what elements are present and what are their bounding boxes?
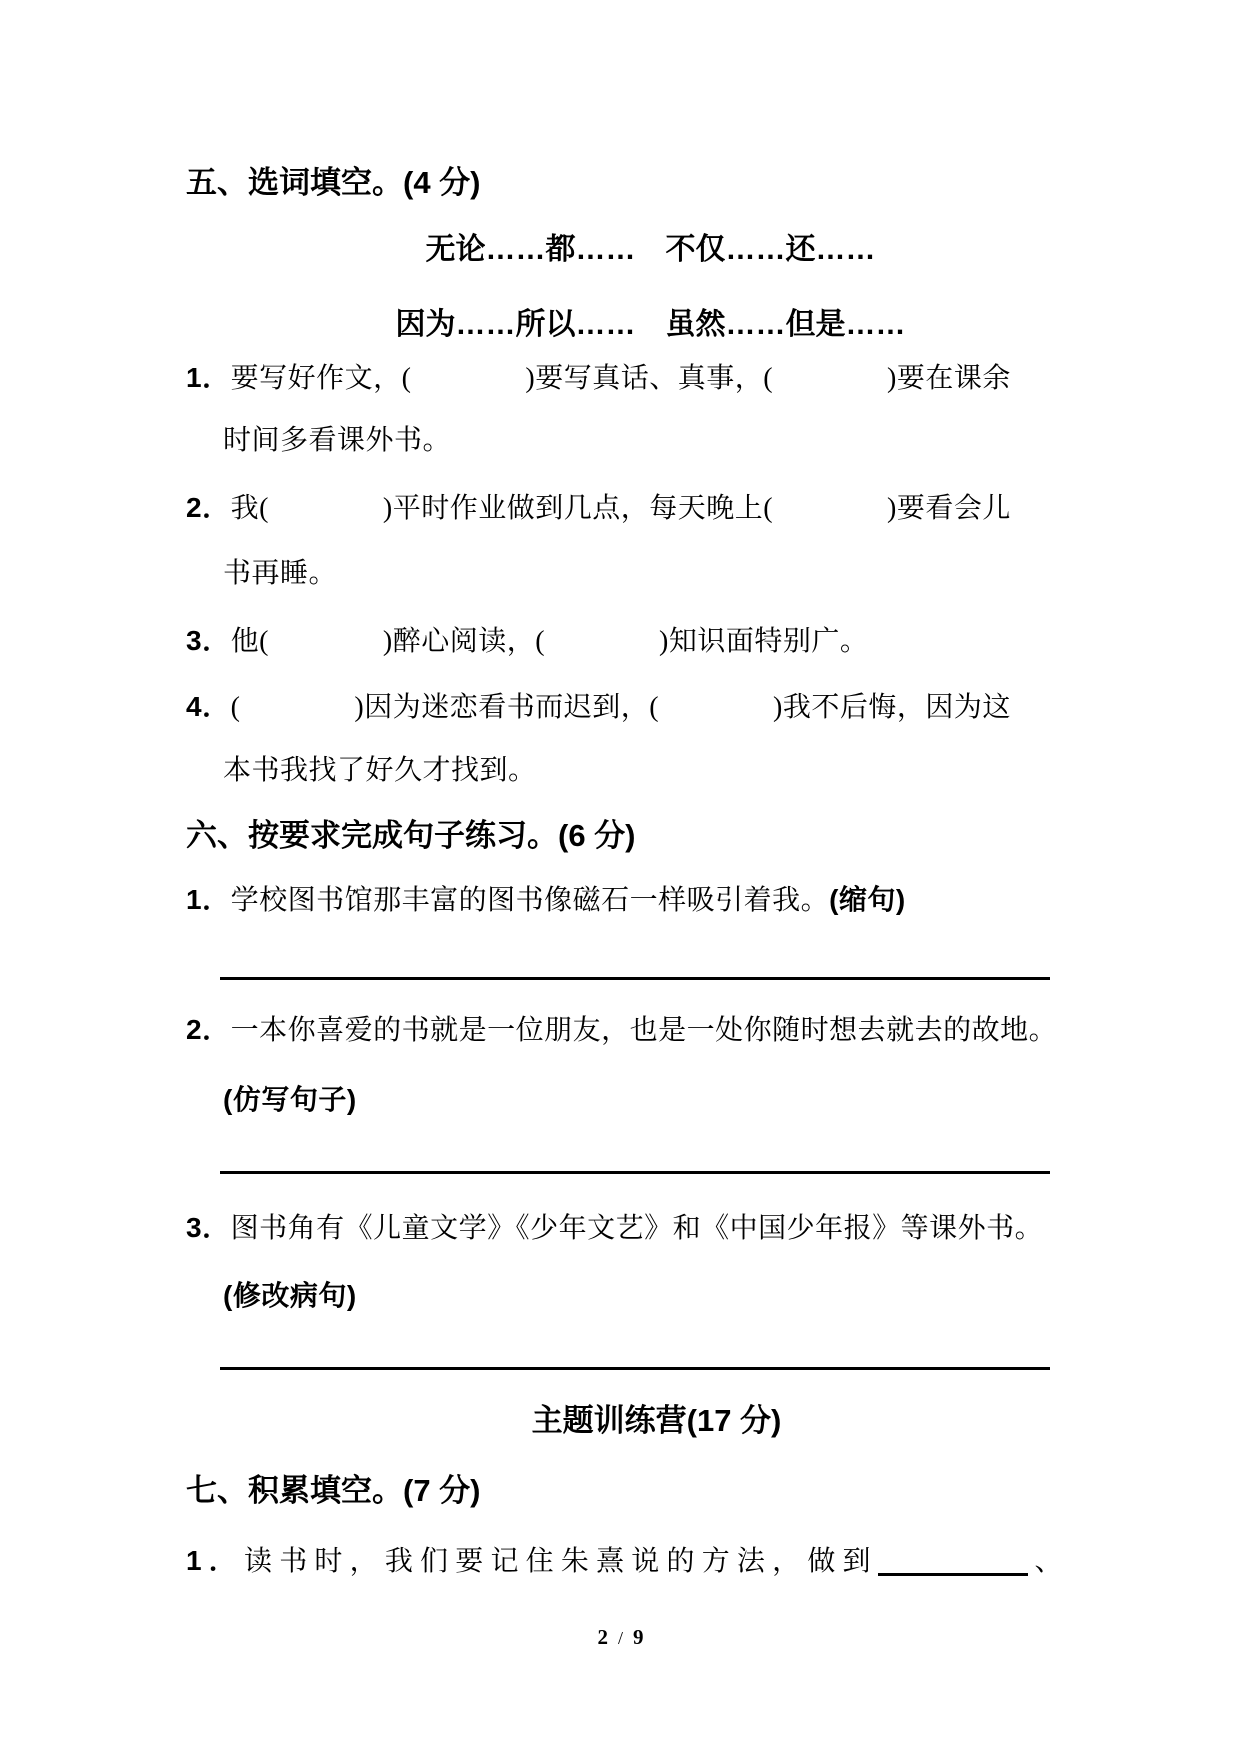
fill-in-blank: [878, 1573, 1028, 1576]
item-number: 2．: [186, 1014, 231, 1045]
section5-title: 五、选词填空。(4 分): [186, 150, 1063, 216]
item-number: 1．: [186, 362, 231, 393]
question-text: 学校图书馆那丰富的图书像磁石一样吸引着我。: [231, 885, 830, 916]
section5-item4-line1: 4．( )因为迷恋看书而迟到，( )我不后悔，因为这: [186, 674, 1063, 740]
section5-item4-line2: 本书我找了好久才找到。: [186, 738, 1063, 804]
answer-line: [220, 977, 1050, 980]
question-text: 一本你喜爱的书就是一位朋友，也是一处你随时想去就去的故地。: [231, 1015, 1058, 1046]
question-text: 我( )平时作业做到几点，每天晚上( )要看会儿: [231, 493, 1011, 524]
task-type-label: (仿写句子): [186, 1067, 1063, 1133]
section7-item1: 1．读书时，我们要记住朱熹说的方法，做到、: [186, 1528, 1063, 1594]
section5-item2-line2: 书再睡。: [186, 541, 1063, 607]
page-number-indicator: 2/9: [0, 1615, 1241, 1659]
task-type-label: (缩句): [829, 884, 906, 915]
section5-item3-line1: 3．他( )醉心阅读，( )知识面特别广。: [186, 608, 1063, 674]
current-page: 2: [597, 1625, 608, 1649]
section6-title: 六、按要求完成句子练习。(6 分): [186, 803, 1063, 869]
question-text: ( )因为迷恋看书而迟到，( )我不后悔，因为这: [231, 692, 1011, 723]
item-number: 1．: [186, 1545, 244, 1576]
item-number: 1．: [186, 884, 231, 915]
item-number: 3．: [186, 1212, 231, 1243]
question-text: 图书角有《儿童文学》《少年文艺》和《中国少年报》等课外书。: [231, 1213, 1044, 1244]
section5-item1-line2: 时间多看课外书。: [186, 408, 1063, 474]
test-paper-page: 五、选词填空。(4 分) 无论……都…… 不仅……还…… 因为……所以…… 虽然…: [0, 0, 1241, 1754]
section5-item1-line1: 1．要写好作文，( )要写真话、真事，( )要在课余: [186, 345, 1063, 411]
question-text: 读书时，我们要记住朱熹说的方法，做到: [244, 1546, 878, 1577]
task-type-label: (修改病句): [186, 1263, 1063, 1329]
question-text: 要写好作文，( )要写真话、真事，( )要在课余: [231, 363, 1011, 394]
section5-item2-line1: 2．我( )平时作业做到几点，每天晚上( )要看会儿: [186, 475, 1063, 541]
theme-training-banner: 主题训练营(17 分): [186, 1388, 1063, 1454]
item-number: 3．: [186, 625, 231, 656]
section6-item1: 1．学校图书馆那丰富的图书像磁石一样吸引着我。(缩句): [186, 867, 1063, 933]
item-number: 4．: [186, 691, 231, 722]
word-options-row-1: 无论……都…… 不仅……还……: [186, 217, 1063, 283]
page-separator: /: [618, 1628, 623, 1648]
section7-title: 七、积累填空。(7 分): [186, 1458, 1063, 1524]
section6-item3: 3．图书角有《儿童文学》《少年文艺》和《中国少年报》等课外书。: [186, 1195, 1063, 1261]
total-pages: 9: [633, 1625, 644, 1649]
question-text: 他( )醉心阅读，( )知识面特别广。: [231, 626, 869, 657]
answer-line: [220, 1171, 1050, 1174]
question-text-suffix: 、: [1028, 1546, 1063, 1577]
item-number: 2．: [186, 492, 231, 523]
section6-item2: 2．一本你喜爱的书就是一位朋友，也是一处你随时想去就去的故地。: [186, 997, 1063, 1063]
answer-line: [220, 1367, 1050, 1370]
